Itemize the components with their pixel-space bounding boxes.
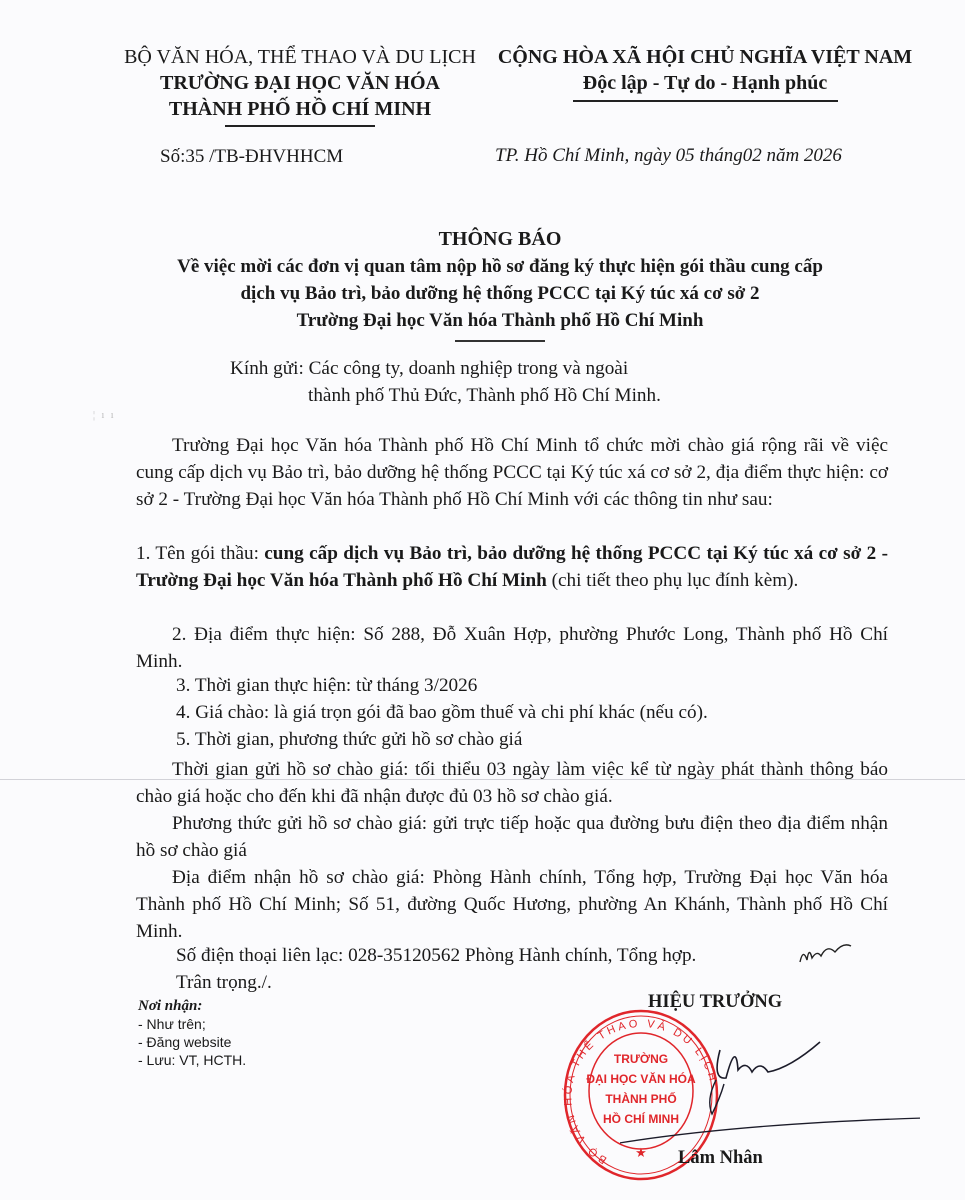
school-name-line1: TRƯỜNG ĐẠI HỌC VĂN HÓA	[60, 70, 540, 96]
addressee-line2: thành phố Thủ Đức, Thành phố Hồ Chí Minh…	[230, 382, 661, 409]
header-right-rule	[573, 100, 838, 102]
closing: Trân trọng./.	[176, 972, 272, 994]
addressee: Kính gửi: Các công ty, doanh nghiệp tron…	[230, 355, 661, 409]
intro-paragraph: Trường Đại học Văn hóa Thành phố Hồ Chí …	[136, 432, 888, 513]
document-number: Số:35 /TB-ĐHVHHCM	[160, 146, 343, 168]
signer-name: Lâm Nhân	[678, 1148, 763, 1169]
distribution-heading: Nơi nhận:	[138, 997, 246, 1015]
item-3: 3. Thời gian thực hiện: từ tháng 3/2026	[176, 675, 477, 697]
notice-subtitle-line1: Về việc mời các đơn vị quan tâm nộp hồ s…	[100, 253, 900, 280]
item-1-suffix: (chi tiết theo phụ lục đính kèm).	[547, 570, 799, 591]
distribution-item: - Lưu: VT, HCTH.	[138, 1051, 246, 1069]
ministry-name: BỘ VĂN HÓA, THỂ THAO VÀ DU LỊCH	[60, 44, 540, 70]
place-date: TP. Hồ Chí Minh, ngày 05 tháng02 năm 202…	[495, 145, 842, 167]
contact-phone: Số điện thoại liên lạc: 028-35120562 Phò…	[176, 945, 696, 967]
scan-artifact: ¦ ı ı	[93, 410, 116, 421]
submit-method: Phương thức gửi hồ sơ chào giá: gửi trực…	[136, 810, 888, 864]
title-rule	[455, 340, 545, 342]
national-motto: Độc lập - Tự do - Hạnh phúc	[470, 70, 940, 96]
distribution-list: Nơi nhận: - Như trên; - Đăng website - L…	[138, 997, 246, 1069]
notice-subtitle-line2: dịch vụ Bảo trì, bảo dưỡng hệ thống PCCC…	[100, 280, 900, 307]
notice-subtitle-line3: Trường Đại học Văn hóa Thành phố Hồ Chí …	[100, 307, 900, 334]
school-name-line2: THÀNH PHỐ HỒ CHÍ MINH	[60, 96, 540, 122]
header-left-rule	[225, 125, 375, 127]
issuer-header: BỘ VĂN HÓA, THỂ THAO VÀ DU LỊCH TRƯỜNG Đ…	[60, 44, 540, 127]
country-name: CỘNG HÒA XÃ HỘI CHỦ NGHĨA VIỆT NAM	[470, 44, 940, 70]
item-4: 4. Giá chào: là giá trọn gói đã bao gồm …	[176, 702, 708, 724]
submit-time: Thời gian gửi hồ sơ chào giá: tối thiểu …	[136, 756, 888, 810]
addressee-line1: Kính gửi: Các công ty, doanh nghiệp tron…	[230, 355, 661, 382]
receive-place: Địa điểm nhận hồ sơ chào giá: Phòng Hành…	[136, 864, 888, 945]
distribution-item: - Như trên;	[138, 1015, 246, 1033]
notice-title: THÔNG BÁO Về việc mời các đơn vị quan tâ…	[100, 225, 900, 342]
item-2: 2. Địa điểm thực hiện: Số 288, Đỗ Xuân H…	[136, 621, 888, 675]
item-1-prefix: 1. Tên gói thầu:	[136, 543, 264, 564]
national-header: CỘNG HÒA XÃ HỘI CHỦ NGHĨA VIỆT NAM Độc l…	[470, 44, 940, 102]
initials-signature-icon	[795, 938, 855, 970]
notice-heading: THÔNG BÁO	[100, 225, 900, 253]
handwritten-signature-icon	[620, 1020, 920, 1170]
distribution-item: - Đăng website	[138, 1033, 246, 1051]
item-1: 1. Tên gói thầu: cung cấp dịch vụ Bảo tr…	[136, 540, 888, 594]
item-5: 5. Thời gian, phương thức gửi hồ sơ chào…	[176, 729, 522, 751]
